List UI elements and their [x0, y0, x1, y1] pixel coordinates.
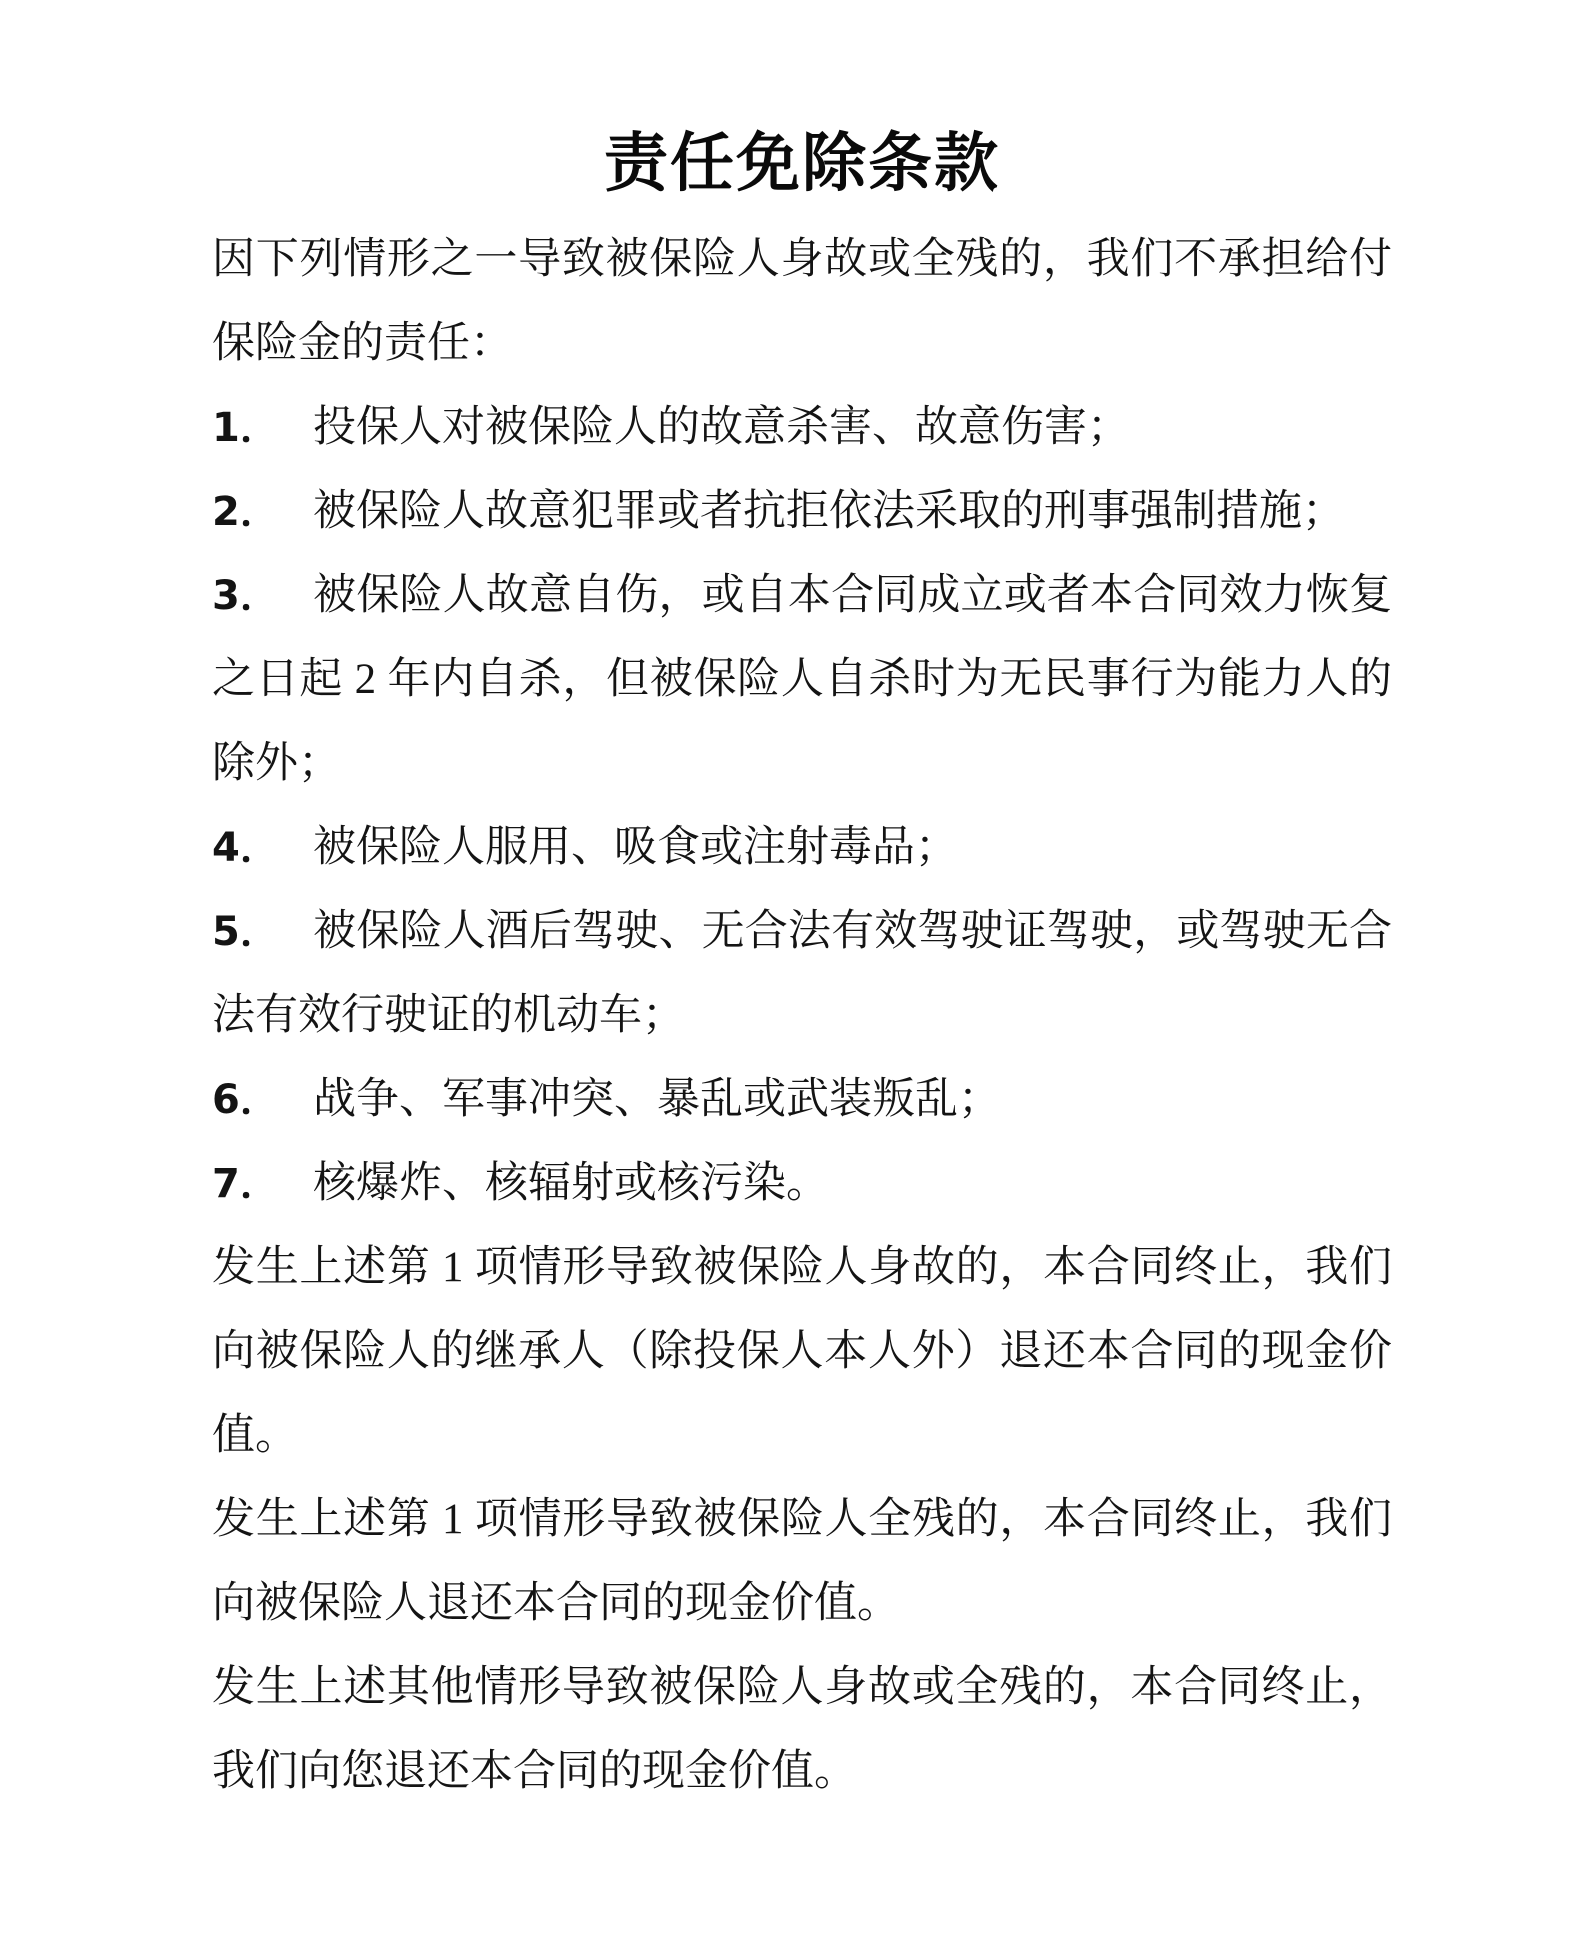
item-number: 1． — [212, 386, 313, 470]
item-number: 7． — [212, 1142, 313, 1226]
item-number: 2． — [212, 470, 313, 554]
document-content: 责任免除条款 因下列情形之一导致被保险人身故或全残的，我们不承担给付保险金的责任… — [0, 0, 1587, 1814]
item-text: 被保险人服用、吸食或注射毒品； — [313, 824, 958, 871]
document-page: 责任免除条款 因下列情形之一导致被保险人身故或全残的，我们不承担给付保险金的责任… — [0, 0, 1587, 1949]
item-number: 3． — [212, 554, 313, 638]
item-text: 被保险人故意犯罪或者抗拒依法采取的刑事强制措施； — [313, 488, 1345, 535]
exclusion-item-4: 4．被保险人服用、吸食或注射毒品； — [212, 806, 1392, 890]
closing-paragraph-other: 发生上述其他情形导致被保险人身故或全残的，本合同终止，我们向您退还本合同的现金价… — [212, 1646, 1392, 1814]
item-text: 核爆炸、核辐射或核污染。 — [313, 1160, 829, 1207]
item-number: 4． — [212, 806, 313, 890]
item-text: 被保险人故意自伤，或自本合同成立或者本合同效力恢复之日起 2 年内自杀，但被保险… — [212, 572, 1392, 787]
page-title: 责任免除条款 — [212, 128, 1392, 200]
exclusion-item-3: 3．被保险人故意自伤，或自本合同成立或者本合同效力恢复之日起 2 年内自杀，但被… — [212, 554, 1392, 806]
exclusion-item-1: 1．投保人对被保险人的故意杀害、故意伤害； — [212, 386, 1392, 470]
exclusion-item-5: 5．被保险人酒后驾驶、无合法有效驾驶证驾驶，或驾驶无合法有效行驶证的机动车； — [212, 890, 1392, 1058]
item-text: 被保险人酒后驾驶、无合法有效驾驶证驾驶，或驾驶无合法有效行驶证的机动车； — [212, 908, 1392, 1039]
exclusion-item-6: 6．战争、军事冲突、暴乱或武装叛乱； — [212, 1058, 1392, 1142]
item-text: 战争、军事冲突、暴乱或武装叛乱； — [313, 1076, 1001, 1123]
item-number: 6． — [212, 1058, 313, 1142]
closing-paragraph-disability: 发生上述第 1 项情形导致被保险人全残的，本合同终止，我们向被保险人退还本合同的… — [212, 1478, 1392, 1646]
item-number: 5． — [212, 890, 313, 974]
exclusion-item-2: 2．被保险人故意犯罪或者抗拒依法采取的刑事强制措施； — [212, 470, 1392, 554]
intro-paragraph: 因下列情形之一导致被保险人身故或全残的，我们不承担给付保险金的责任： — [212, 218, 1392, 386]
closing-paragraph-death: 发生上述第 1 项情形导致被保险人身故的，本合同终止，我们向被保险人的继承人（除… — [212, 1226, 1392, 1478]
item-text: 投保人对被保险人的故意杀害、故意伤害； — [313, 404, 1130, 451]
exclusion-item-7: 7．核爆炸、核辐射或核污染。 — [212, 1142, 1392, 1226]
